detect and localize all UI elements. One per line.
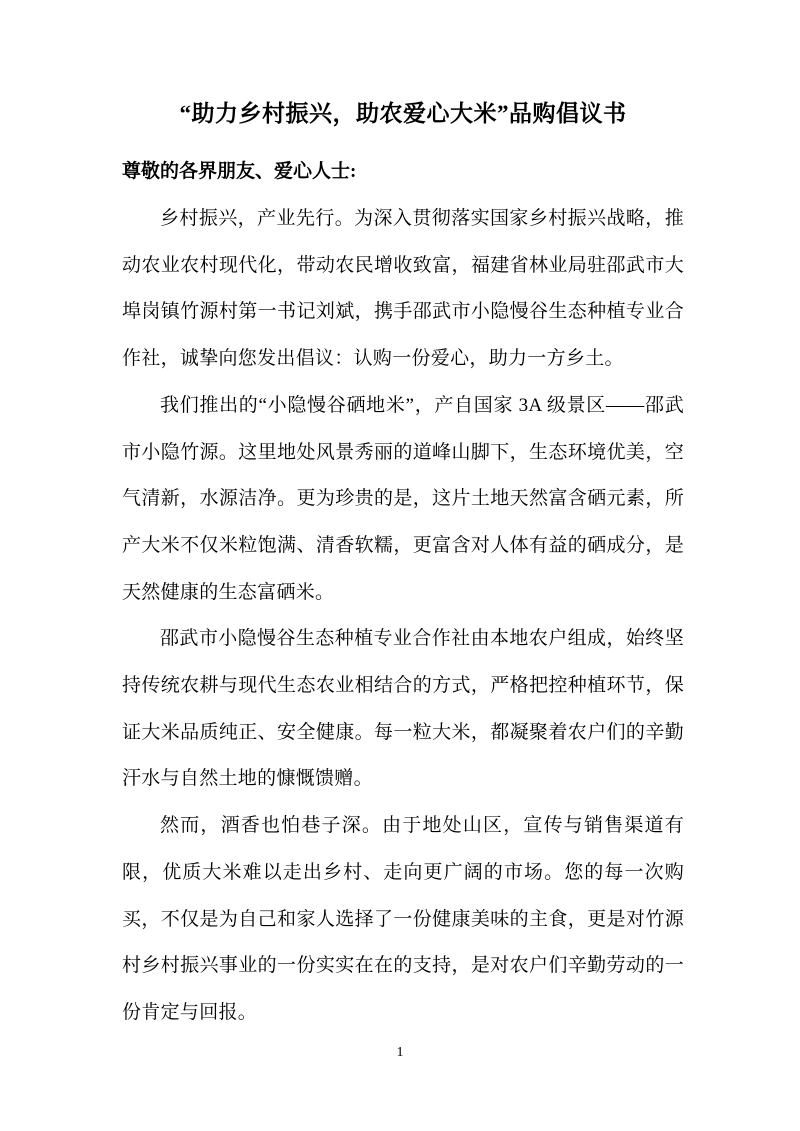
body-paragraph: 然而，酒香也怕巷子深。由于地处山区，宣传与销售渠道有限，优质大米难以走出乡村、走… xyxy=(122,803,684,1037)
document-content: “助力乡村振兴，助农爱心大米”品购倡议书 尊敬的各界朋友、爱心人士: 乡村振兴，… xyxy=(122,0,684,1037)
document-body: 乡村振兴，产业先行。为深入贯彻落实国家乡村振兴战略，推动农业农村现代化，带动农民… xyxy=(122,196,684,1037)
document-title: “助力乡村振兴，助农爱心大米”品购倡议书 xyxy=(122,0,684,130)
document-page: “助力乡村振兴，助农爱心大米”品购倡议书 尊敬的各界朋友、爱心人士: 乡村振兴，… xyxy=(0,0,800,1131)
salutation-line: 尊敬的各界朋友、爱心人士: xyxy=(122,158,684,186)
page-number: 1 xyxy=(0,1044,800,1062)
body-paragraph: 邵武市小隐慢谷生态种植专业合作社由本地农户组成，始终坚持传统农耕与现代生态农业相… xyxy=(122,616,684,803)
body-paragraph: 我们推出的“小隐慢谷硒地米”，产自国家 3A 级景区——邵武市小隐竹源。这里地处… xyxy=(122,383,684,617)
body-paragraph: 乡村振兴，产业先行。为深入贯彻落实国家乡村振兴战略，推动农业农村现代化，带动农民… xyxy=(122,196,684,383)
